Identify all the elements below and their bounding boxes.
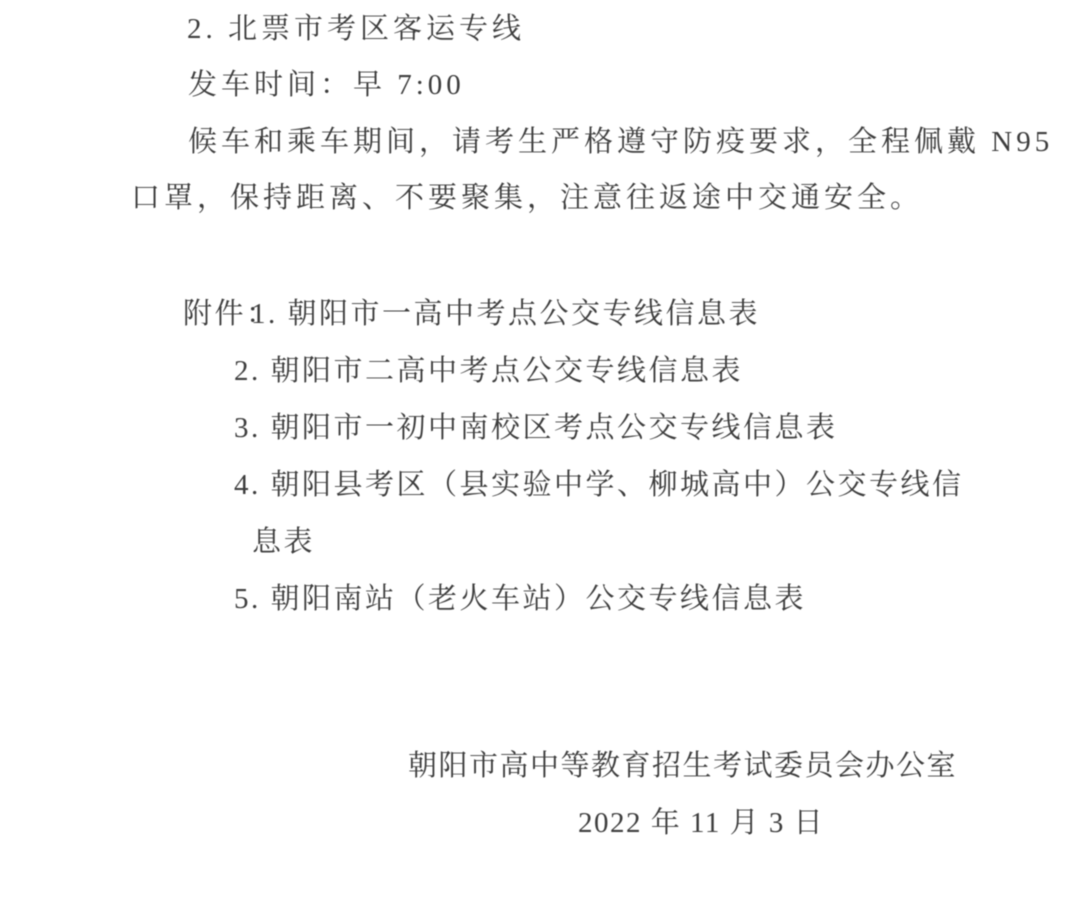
epidemic-notice-line-1: 候车和乘车期间，请考生严格遵守防疫要求，全程佩戴 N95 [188,125,1053,159]
issue-date: 2022 年 11 月 3 日 [578,806,824,840]
attachment-item-4-line-1: 4. 朝阳县考区（县实验中学、柳城高中）公交专线信 [234,468,964,502]
issuing-organization: 朝阳市高中等教育招生考试委员会办公室 [408,749,957,783]
route-item-heading: 2. 北票市考区客运专线 [187,12,525,46]
document-scan: 2. 北票市考区客运专线 发车时间：早 7:00 候车和乘车期间，请考生严格遵守… [0,0,1080,912]
attachment-item-1: 1. 朝阳市一高中考点公交专线信息表 [251,297,760,331]
scanned-notice-page: 2. 北票市考区客运专线 发车时间：早 7:00 候车和乘车期间，请考生严格遵守… [0,0,1080,912]
epidemic-notice-line-2: 口罩，保持距离、不要聚集，注意往返途中交通安全。 [131,181,923,215]
attachment-item-5: 5. 朝阳南站（老火车站）公交专线信息表 [234,582,806,616]
departure-time-line: 发车时间：早 7:00 [188,68,465,102]
attachment-item-3: 3. 朝阳市一初中南校区考点公交专线信息表 [234,411,838,445]
attachment-item-2: 2. 朝阳市二高中考点公交专线信息表 [234,354,743,388]
attachment-item-4-line-2: 息表 [252,525,315,559]
